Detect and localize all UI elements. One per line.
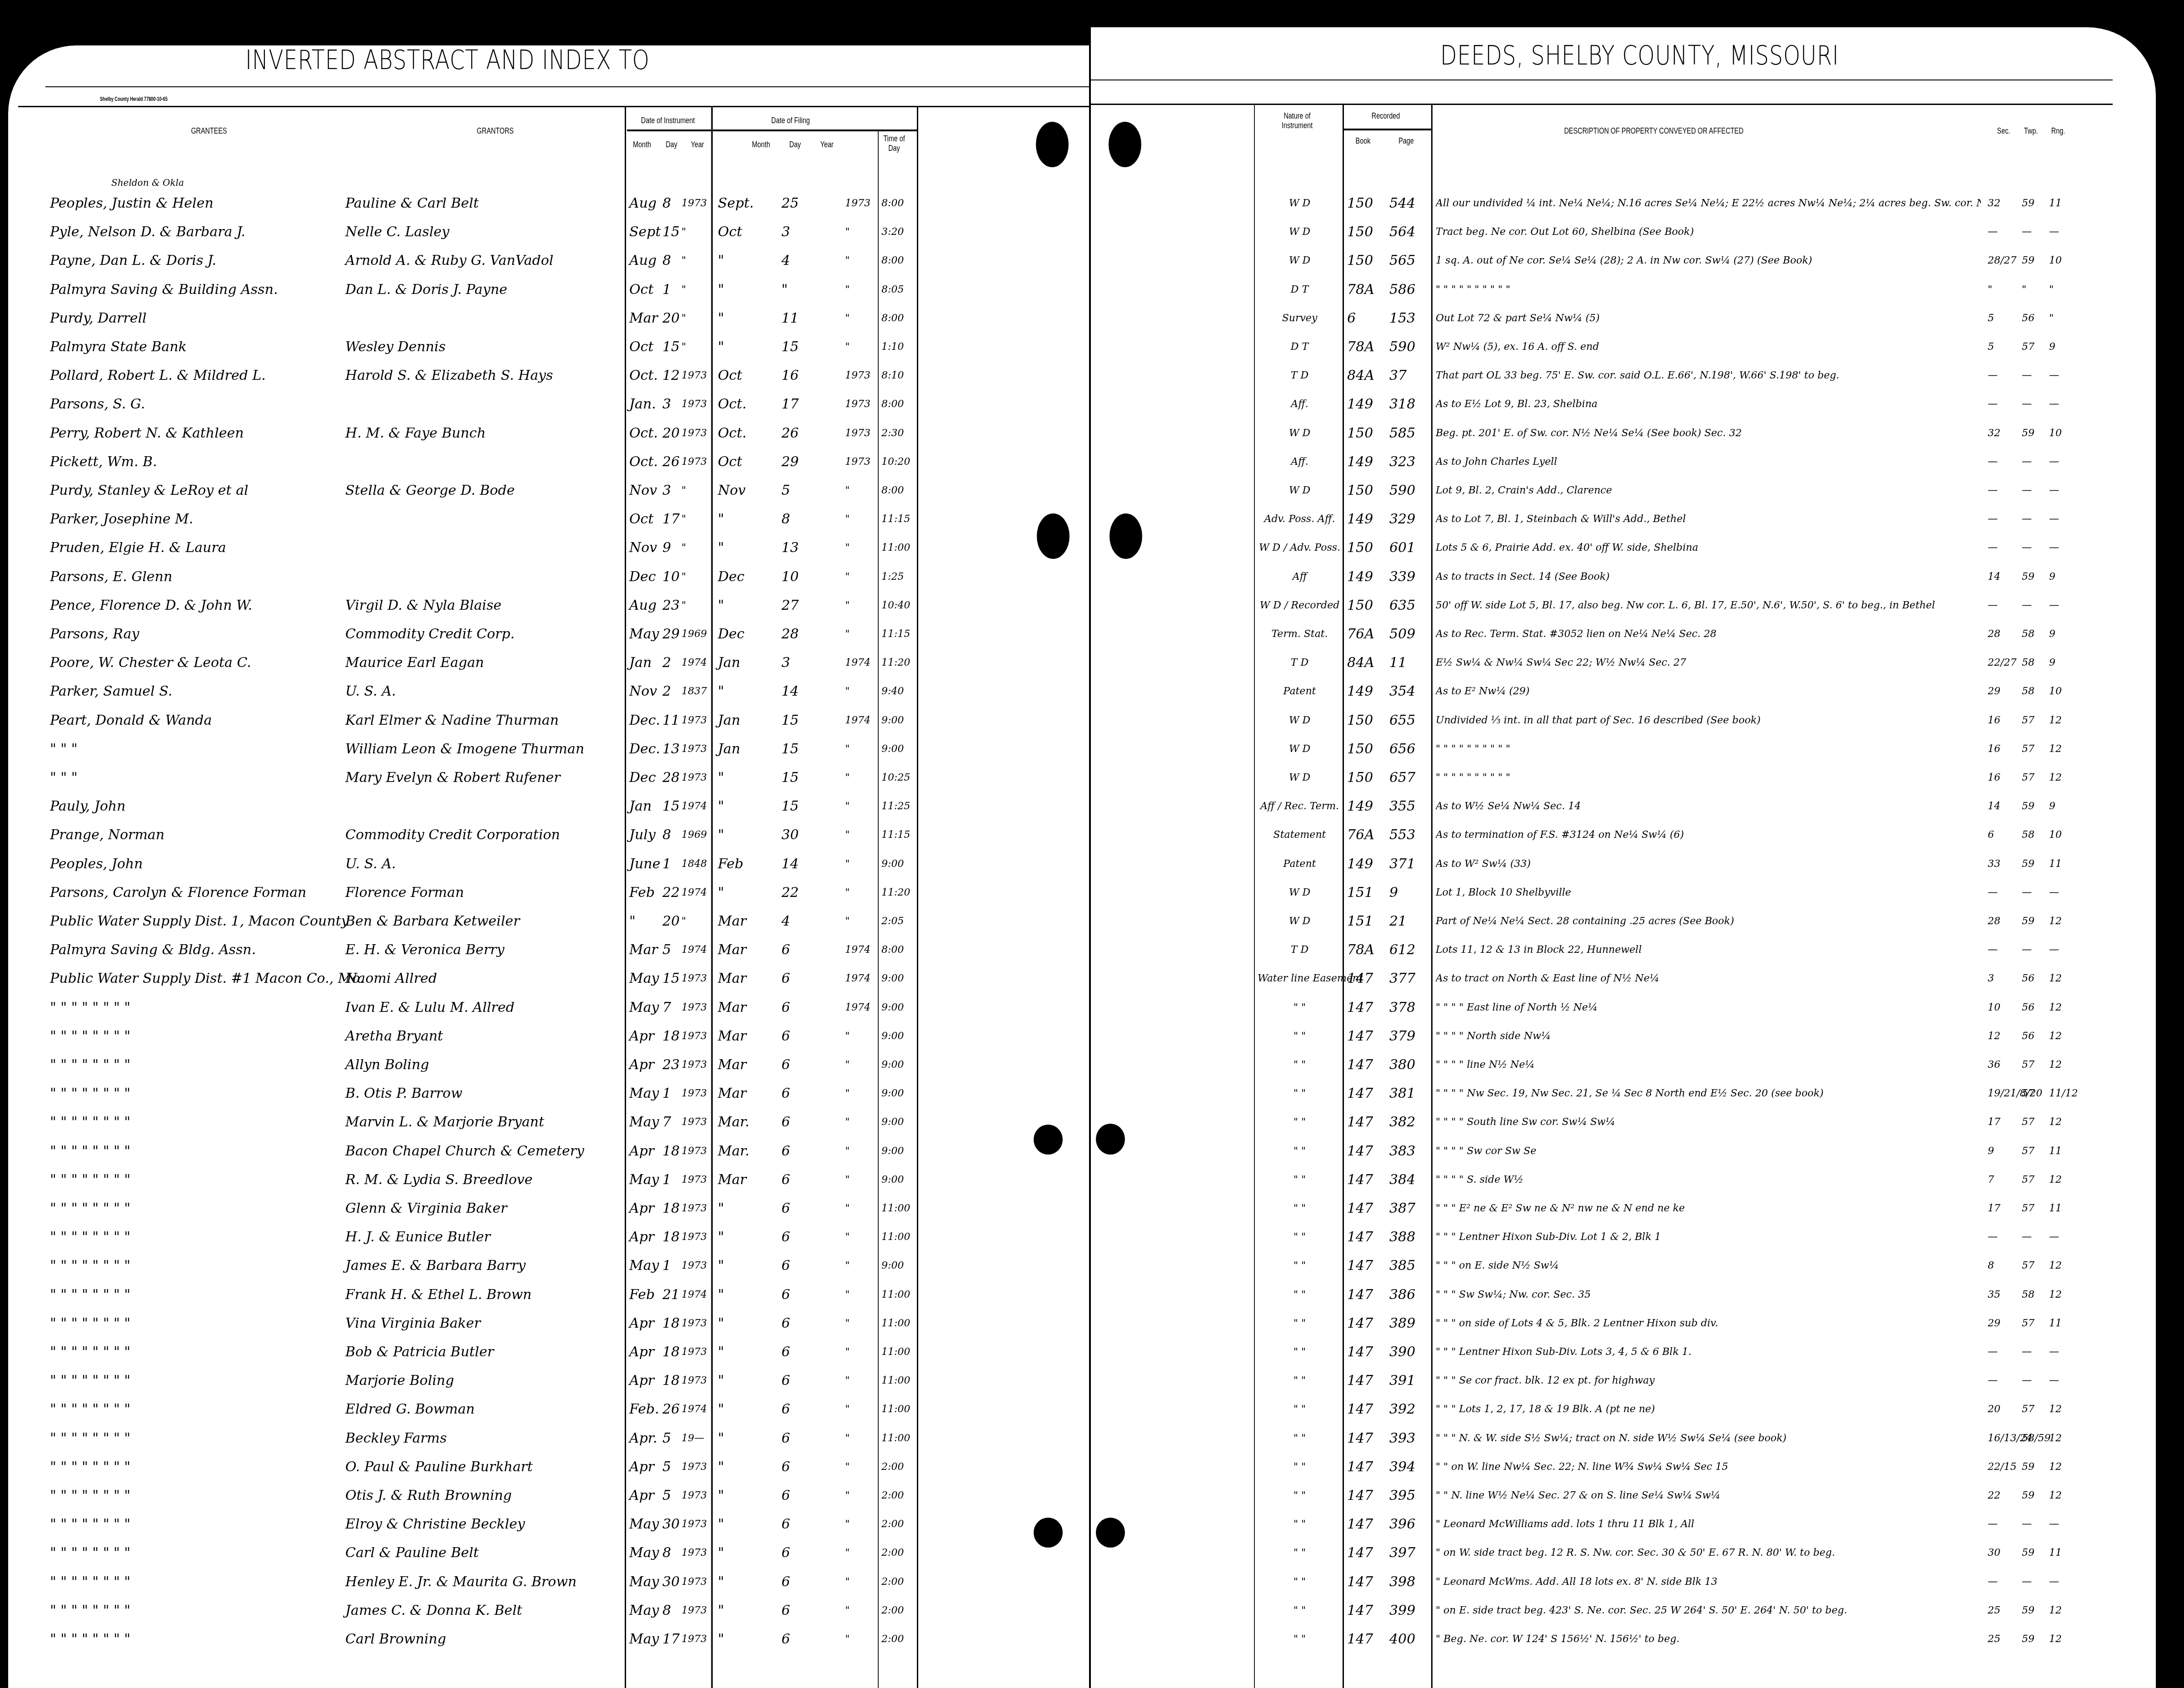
grantor: E. H. & Veronica Berry — [345, 937, 622, 963]
filing-month: Dec — [718, 622, 754, 647]
sec-header: Sec. — [1993, 126, 2015, 136]
inst-month-header: Month — [629, 140, 655, 149]
binder-hole — [1109, 122, 1141, 167]
filing-year: " — [845, 1167, 877, 1193]
book-number: 147 — [1347, 1196, 1383, 1221]
instrument-day: 29 — [662, 622, 683, 647]
township: — — [2022, 507, 2047, 532]
township: 57 — [2022, 1110, 2047, 1135]
section: 22 — [1988, 1483, 2020, 1509]
filing-month: Sept. — [718, 191, 754, 216]
filing-month: " — [718, 1397, 754, 1422]
filing-day: 6 — [781, 1167, 804, 1193]
page-number: 656 — [1389, 737, 1428, 762]
filing-month: " — [718, 880, 754, 906]
filing-year: " — [845, 1426, 877, 1451]
range: " — [2049, 277, 2076, 303]
range: 12 — [2049, 1483, 2076, 1509]
section: 29 — [1988, 679, 2020, 704]
nature-of-instrument: Statement — [1258, 822, 1342, 848]
instrument-day: 15 — [662, 219, 683, 245]
filing-day: 25 — [781, 191, 804, 216]
range: 11 — [2049, 1196, 2076, 1221]
grantee: Palmyra State Bank — [50, 334, 341, 360]
grantee: " " " " " " " " — [50, 1024, 341, 1049]
instrument-day: 8 — [662, 1540, 683, 1566]
instrument-month: Aug — [629, 191, 661, 216]
page-number: 635 — [1389, 593, 1428, 618]
grantor: Elroy & Christine Beckley — [345, 1512, 622, 1537]
filing-year: " — [845, 248, 877, 274]
filing-day: 6 — [781, 1454, 804, 1480]
filing-year: " — [845, 1311, 877, 1336]
township: — — [2022, 1225, 2047, 1250]
index-entry-row: " " " " " " " " Eldred G. Bowman Feb. 26… — [0, 1397, 2184, 1422]
property-description: W² Nw¼ (5), ex. 16 A. off S. end — [1436, 334, 1981, 360]
property-description: That part OL 33 beg. 75' E. Sw. cor. sai… — [1436, 363, 1981, 388]
filing-day: 6 — [781, 1282, 804, 1308]
grantee: " " " " " " " " — [50, 1483, 341, 1509]
grantor: Stella & George D. Bode — [345, 478, 622, 503]
grantee: Poore, W. Chester & Leota C. — [50, 650, 341, 676]
property-description: " " " " S. side W½ — [1436, 1167, 1981, 1193]
instrument-month: Feb — [629, 1282, 661, 1308]
time-of-day: 11:00 — [881, 1196, 915, 1221]
instrument-month: Oct — [629, 507, 661, 532]
book-number: 150 — [1347, 478, 1383, 503]
instrument-month: " — [629, 909, 661, 934]
range: 12 — [2049, 708, 2076, 733]
section: 6 — [1988, 822, 2020, 848]
book-number: 147 — [1347, 1110, 1383, 1135]
instrument-day: 5 — [662, 1426, 683, 1451]
grantor: Otis J. & Ruth Browning — [345, 1483, 622, 1509]
twp-header: Twp. — [2020, 126, 2042, 136]
instrument-month: May — [629, 1081, 661, 1106]
range: — — [2049, 219, 2076, 245]
page-number: 339 — [1389, 564, 1428, 590]
filing-year: " — [845, 507, 877, 532]
instrument-month: Apr — [629, 1225, 661, 1250]
filing-month: Dec — [718, 564, 754, 590]
book-header: Book — [1347, 136, 1379, 146]
time-of-day: 2:30 — [881, 421, 915, 446]
index-entry-row: Pyle, Nelson D. & Barbara J. Nelle C. La… — [0, 219, 2184, 245]
section: 17 — [1988, 1196, 2020, 1221]
book-number: 150 — [1347, 708, 1383, 733]
filing-day: 26 — [781, 421, 804, 446]
township: 59 — [2022, 421, 2047, 446]
section: 29 — [1988, 1311, 2020, 1336]
range: — — [2049, 1569, 2076, 1595]
filing-year: " — [845, 1282, 877, 1308]
book-number: 149 — [1347, 507, 1383, 532]
nature-of-instrument: D T — [1258, 277, 1342, 303]
instrument-year: 1973 — [682, 765, 711, 791]
nature-of-instrument: " " — [1258, 1110, 1342, 1135]
township: 57 — [2022, 1139, 2047, 1164]
time-of-day: 10:20 — [881, 449, 915, 475]
instrument-year: 1973 — [682, 421, 711, 446]
book-number: 149 — [1347, 392, 1383, 417]
property-description: E½ Sw¼ & Nw¼ Sw¼ Sec 22; W½ Nw¼ Sec. 27 — [1436, 650, 1981, 676]
instrument-month: May — [629, 966, 661, 991]
township: 56 — [2022, 306, 2047, 331]
instrument-year: " — [682, 593, 711, 618]
filing-year: " — [845, 880, 877, 906]
instrument-day: 5 — [662, 1454, 683, 1480]
range: 12 — [2049, 995, 2076, 1021]
grantee: " " " " " " " " — [50, 1311, 341, 1336]
instrument-year: 1974 — [682, 880, 711, 906]
instrument-month: May — [629, 1598, 661, 1623]
filing-month: Mar — [718, 966, 754, 991]
index-entry-row: Pauly, John Jan 15 1974 " 15 " 11:25 Aff… — [0, 794, 2184, 819]
instrument-year: 1973 — [682, 708, 711, 733]
instrument-month: July — [629, 822, 661, 848]
filing-month: " — [718, 1426, 754, 1451]
book-number: 147 — [1347, 1627, 1383, 1652]
filing-year: " — [845, 1024, 877, 1049]
index-entry-row: Peoples, Justin & Helen Pauline & Carl B… — [0, 191, 2184, 216]
nature-of-instrument: " " — [1258, 1339, 1342, 1365]
page-number: 397 — [1389, 1540, 1428, 1566]
section: 35 — [1988, 1282, 2020, 1308]
page-number: 323 — [1389, 449, 1428, 475]
township: 59 — [2022, 1483, 2047, 1509]
instrument-day: 2 — [662, 650, 683, 676]
instrument-day: 28 — [662, 765, 683, 791]
grantee: " " " " " " " " — [50, 1225, 341, 1250]
instrument-month: May — [629, 1110, 661, 1135]
filing-month: " — [718, 593, 754, 618]
grantee: Parker, Josephine M. — [50, 507, 341, 532]
instrument-year: " — [682, 535, 711, 561]
instrument-year: 1973 — [682, 1368, 711, 1394]
property-description: " on W. side tract beg. 12 R. S. Nw. cor… — [1436, 1540, 1981, 1566]
filing-year: " — [845, 306, 877, 331]
book-number: 147 — [1347, 966, 1383, 991]
page-header: Page — [1390, 136, 1423, 146]
nature-of-instrument: W D — [1258, 219, 1342, 245]
nature-of-instrument: " " — [1258, 1311, 1342, 1336]
grantor: Vina Virginia Baker — [345, 1311, 622, 1336]
page-number: 153 — [1389, 306, 1428, 331]
book-number: 147 — [1347, 1569, 1383, 1595]
time-of-day-header: Time of Day — [883, 134, 905, 153]
instrument-day: 12 — [662, 363, 683, 388]
range: 10 — [2049, 248, 2076, 274]
property-description: Tract beg. Ne cor. Out Lot 60, Shelbina … — [1436, 219, 1981, 245]
index-entry-row: Parsons, Carolyn & Florence Forman Flore… — [0, 880, 2184, 906]
section: — — [1988, 880, 2020, 906]
grantee: " " " — [50, 737, 341, 762]
filing-month: " — [718, 822, 754, 848]
book-number: 149 — [1347, 794, 1383, 819]
book-number: 147 — [1347, 1598, 1383, 1623]
book-number: 147 — [1347, 1426, 1383, 1451]
grantor: James E. & Barbara Barry — [345, 1253, 622, 1279]
instrument-year: 1973 — [682, 363, 711, 388]
page-number: 390 — [1389, 1339, 1428, 1365]
instrument-year: 19— — [682, 1426, 711, 1451]
index-entry-row: " " " " " " " " Bob & Patricia Butler Ap… — [0, 1339, 2184, 1365]
nature-of-instrument: D T — [1258, 334, 1342, 360]
filing-month: " — [718, 1311, 754, 1336]
instrument-month: May — [629, 1569, 661, 1595]
grantor: Henley E. Jr. & Maurita G. Brown — [345, 1569, 622, 1595]
grantor: Dan L. & Doris J. Payne — [345, 277, 622, 303]
index-entry-row: " " " " " " " " Aretha Bryant Apr 18 197… — [0, 1024, 2184, 1049]
township: 57 — [2022, 737, 2047, 762]
book-number: 150 — [1347, 219, 1383, 245]
township: — — [2022, 1512, 2047, 1537]
instrument-year: 1973 — [682, 1139, 711, 1164]
recorded-header-rule — [1343, 129, 1431, 130]
range: — — [2049, 363, 2076, 388]
property-description: As to tract on North & East line of N½ N… — [1436, 966, 1981, 991]
range: — — [2049, 535, 2076, 561]
index-entry-row: Parker, Josephine M. Oct 17 " " 8 " 11:1… — [0, 507, 2184, 532]
instrument-month: Feb — [629, 880, 661, 906]
instrument-day: 18 — [662, 1368, 683, 1394]
grantee: Parsons, E. Glenn — [50, 564, 341, 590]
grantee: " " " " " " " " — [50, 1081, 341, 1106]
instrument-year: 1837 — [682, 679, 711, 704]
range: 9 — [2049, 622, 2076, 647]
instrument-year: 1973 — [682, 1598, 711, 1623]
township: — — [2022, 363, 2047, 388]
section: 36 — [1988, 1052, 2020, 1078]
index-entry-row: Prange, Norman Commodity Credit Corporat… — [0, 822, 2184, 848]
time-of-day: 8:00 — [881, 306, 915, 331]
filing-day: 3 — [781, 219, 804, 245]
filing-year: 1974 — [845, 650, 877, 676]
time-of-day: 9:00 — [881, 966, 915, 991]
filing-day: 6 — [781, 1339, 804, 1365]
index-entry-row: " " " " " " " " Bacon Chapel Church & Ce… — [0, 1139, 2184, 1164]
grantee: Prange, Norman — [50, 822, 341, 848]
section: — — [1988, 478, 2020, 503]
grantee: " " " " " " " " — [50, 1368, 341, 1394]
range: " — [2049, 306, 2076, 331]
grantee: Palmyra Saving & Building Assn. — [50, 277, 341, 303]
grantor: Wesley Dennis — [345, 334, 622, 360]
instrument-day: 1 — [662, 1081, 683, 1106]
filing-year: " — [845, 1569, 877, 1595]
grantee: " " " " " " " " — [50, 1598, 341, 1623]
instrument-year: 1973 — [682, 1311, 711, 1336]
property-description: Out Lot 72 & part Se¼ Nw¼ (5) — [1436, 306, 1981, 331]
filing-day: 16 — [781, 363, 804, 388]
index-entry-row: Parker, Samuel S. U. S. A. Nov 2 1837 " … — [0, 679, 2184, 704]
grantor: Carl & Pauline Belt — [345, 1540, 622, 1566]
grantor: Frank H. & Ethel L. Brown — [345, 1282, 622, 1308]
instrument-month: May — [629, 1627, 661, 1652]
property-description: Beg. pt. 201' E. of Sw. cor. N½ Ne¼ Se¼ … — [1436, 421, 1981, 446]
section: — — [1988, 392, 2020, 417]
instrument-year: 1973 — [682, 1540, 711, 1566]
filing-day: 15 — [781, 708, 804, 733]
township: — — [2022, 535, 2047, 561]
filing-month: " — [718, 1368, 754, 1394]
grantor: Naomi Allred — [345, 966, 622, 991]
index-entry-row: " " " " " " " " B. Otis P. Barrow May 1 … — [0, 1081, 2184, 1106]
instrument-day: 22 — [662, 880, 683, 906]
nature-of-instrument: " " — [1258, 1052, 1342, 1078]
filing-month: " — [718, 248, 754, 274]
time-of-day: 2:00 — [881, 1512, 915, 1537]
book-number: 147 — [1347, 1397, 1383, 1422]
grantee: Pyle, Nelson D. & Barbara J. — [50, 219, 341, 245]
grantee: Public Water Supply Dist. #1 Macon Co., … — [50, 966, 341, 991]
book-number: 78A — [1347, 334, 1383, 360]
range: 12 — [2049, 765, 2076, 791]
book-number: 149 — [1347, 449, 1383, 475]
grantee: " " " " " " " " — [50, 1569, 341, 1595]
township: 57 — [2022, 334, 2047, 360]
book-number: 78A — [1347, 277, 1383, 303]
property-description: " " " " South line Sw cor. Sw¼ Sw¼ — [1436, 1110, 1981, 1135]
grantee: " " " — [50, 765, 341, 791]
nature-of-instrument: " " — [1258, 1368, 1342, 1394]
grantee: Palmyra Saving & Bldg. Assn. — [50, 937, 341, 963]
township: 57 — [2022, 1397, 2047, 1422]
grantor: Karl Elmer & Nadine Thurman — [345, 708, 622, 733]
filing-month: Mar. — [718, 1110, 754, 1135]
grantee-annotation: Sheldon & Okla — [111, 177, 184, 188]
grantee: " " " " " " " " — [50, 1052, 341, 1078]
page-number: 380 — [1389, 1052, 1428, 1078]
grantor: Carl Browning — [345, 1627, 622, 1652]
index-entry-row: Palmyra Saving & Bldg. Assn. E. H. & Ver… — [0, 937, 2184, 963]
filing-day: 6 — [781, 1627, 804, 1652]
index-entry-row: Poore, W. Chester & Leota C. Maurice Ear… — [0, 650, 2184, 676]
filing-day: 4 — [781, 248, 804, 274]
time-of-day: 11:00 — [881, 1282, 915, 1308]
grantor: Commodity Credit Corp. — [345, 622, 622, 647]
book-number: 147 — [1347, 1454, 1383, 1480]
property-description: " " N. line W½ Ne¼ Sec. 27 & on S. line … — [1436, 1483, 1981, 1509]
range: — — [2049, 507, 2076, 532]
instrument-month: Aug — [629, 593, 661, 618]
grantor: Pauline & Carl Belt — [345, 191, 622, 216]
section: 14 — [1988, 794, 2020, 819]
section: 28/27 — [1988, 248, 2020, 274]
grantee: " " " " " " " " — [50, 1339, 341, 1365]
instrument-month: May — [629, 1253, 661, 1279]
filing-month: Mar — [718, 1081, 754, 1106]
section: 28 — [1988, 909, 2020, 934]
nature-of-instrument-header: Nature of Instrument — [1272, 111, 1323, 130]
range: 11 — [2049, 851, 2076, 877]
book-number: 149 — [1347, 679, 1383, 704]
property-description: " " " " Sw cor Sw Se — [1436, 1139, 1981, 1164]
section: 10 — [1988, 995, 2020, 1021]
filing-year: " — [845, 535, 877, 561]
filing-year: " — [845, 219, 877, 245]
filing-year: " — [845, 1368, 877, 1394]
time-of-day: 10:40 — [881, 593, 915, 618]
filing-day: 6 — [781, 1483, 804, 1509]
book-number: 147 — [1347, 1483, 1383, 1509]
index-entry-row: Peart, Donald & Wanda Karl Elmer & Nadin… — [0, 708, 2184, 733]
instrument-day: 8 — [662, 822, 683, 848]
page-number: 601 — [1389, 535, 1428, 561]
grantor: Harold S. & Elizabeth S. Hays — [345, 363, 622, 388]
nature-of-instrument: " " — [1258, 1454, 1342, 1480]
index-entry-row: Parsons, E. Glenn Dec 10 " Dec 10 " 1:25… — [0, 564, 2184, 590]
township: 57 — [2022, 1253, 2047, 1279]
filing-month: " — [718, 1598, 754, 1623]
section: 32 — [1988, 421, 2020, 446]
instrument-day: 15 — [662, 334, 683, 360]
instrument-year: 1973 — [682, 1052, 711, 1078]
time-of-day: 9:00 — [881, 737, 915, 762]
grantor: Florence Forman — [345, 880, 622, 906]
section: " — [1988, 277, 2020, 303]
instrument-year: " — [682, 334, 711, 360]
grantee: Parsons, Ray — [50, 622, 341, 647]
time-of-day: 9:00 — [881, 1139, 915, 1164]
index-entry-row: " " " " " " " " Frank H. & Ethel L. Brow… — [0, 1282, 2184, 1308]
nature-of-instrument: " " — [1258, 1397, 1342, 1422]
nature-of-instrument: " " — [1258, 1627, 1342, 1652]
range: — — [2049, 593, 2076, 618]
instrument-day: 8 — [662, 191, 683, 216]
index-entry-row: Public Water Supply Dist. #1 Macon Co., … — [0, 966, 2184, 991]
page-number: 396 — [1389, 1512, 1428, 1537]
page-number: 553 — [1389, 822, 1428, 848]
book-number: 147 — [1347, 1139, 1383, 1164]
property-description: 1 sq. A. out of Ne cor. Se¼ Se¼ (28); 2 … — [1436, 248, 1981, 274]
filing-year: " — [845, 737, 877, 762]
township: — — [2022, 1368, 2047, 1394]
instrument-year: 1973 — [682, 449, 711, 475]
page-number: 381 — [1389, 1081, 1428, 1106]
section: — — [1988, 937, 2020, 963]
grantor: William Leon & Imogene Thurman — [345, 737, 622, 762]
time-of-day: 11:00 — [881, 1397, 915, 1422]
book-number: 150 — [1347, 248, 1383, 274]
file-year-header: Year — [816, 140, 838, 149]
grantee: Pence, Florence D. & John W. — [50, 593, 341, 618]
township: 58 — [2022, 822, 2047, 848]
index-entry-row: Purdy, Darrell Mar 20 " " 11 " 8:00 Surv… — [0, 306, 2184, 331]
book-number: 147 — [1347, 1081, 1383, 1106]
page-number: 657 — [1389, 765, 1428, 791]
grantee: " " " " " " " " — [50, 995, 341, 1021]
instrument-day: 2 — [662, 679, 683, 704]
time-of-day: 11:00 — [881, 535, 915, 561]
filing-year: " — [845, 1397, 877, 1422]
grantee: " " " " " " " " — [50, 1167, 341, 1193]
instrument-year: 1973 — [682, 1512, 711, 1537]
filing-month: " — [718, 1512, 754, 1537]
township: 59 — [2022, 909, 2047, 934]
page-number: 655 — [1389, 708, 1428, 733]
filing-month: Feb — [718, 851, 754, 877]
property-description: " Leonard McWms. Add. All 18 lots ex. 8'… — [1436, 1569, 1981, 1595]
filing-year: " — [845, 564, 877, 590]
right-page-title: DEEDS, SHELBY COUNTY, MISSOURI — [1440, 40, 1839, 71]
instrument-month: Dec. — [629, 737, 661, 762]
property-description: Lots 11, 12 & 13 in Block 22, Hunnewell — [1436, 937, 1981, 963]
page-number: 399 — [1389, 1598, 1428, 1623]
file-month-header: Month — [748, 140, 774, 149]
time-of-day: 8:00 — [881, 937, 915, 963]
filing-day: 6 — [781, 1397, 804, 1422]
